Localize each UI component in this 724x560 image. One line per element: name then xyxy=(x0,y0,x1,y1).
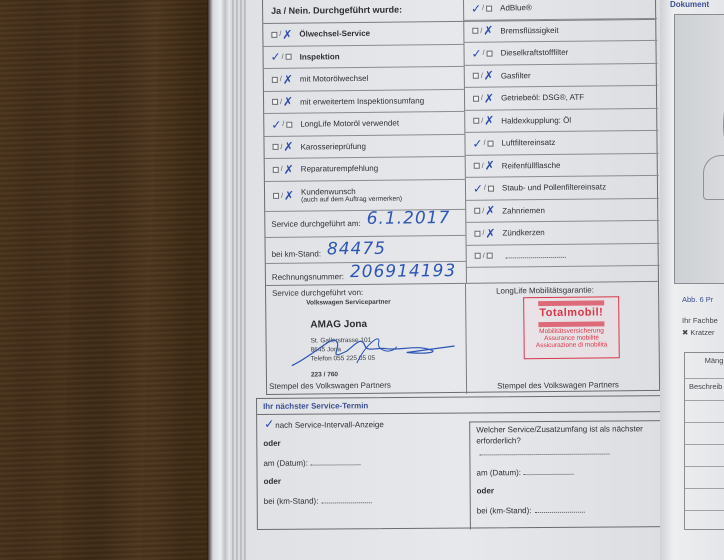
no-cross-mark-icon[interactable]: ✗ xyxy=(283,144,293,150)
ja-checkbox[interactable] xyxy=(273,167,279,173)
checklist-label: Ölwechsel-Service xyxy=(299,29,370,39)
yes-check-mark-icon[interactable]: ✓ xyxy=(471,5,481,11)
separator: / xyxy=(481,95,483,102)
yes-no-checkboxes[interactable]: ✓/ xyxy=(471,50,497,57)
nein-checkbox[interactable] xyxy=(488,185,494,191)
ja-checkbox[interactable] xyxy=(271,32,277,38)
facing-text-1: Ihr Fachbe xyxy=(682,316,718,325)
figure-frame xyxy=(674,14,724,284)
separator: / xyxy=(282,121,284,128)
service-record-form: Ja / Nein. Durchgeführt wurde: /✗Ölwechs… xyxy=(262,0,660,395)
no-cross-mark-icon[interactable]: ✗ xyxy=(283,99,293,105)
or-label: oder xyxy=(264,477,281,486)
separator: / xyxy=(484,185,486,192)
separator: / xyxy=(481,72,483,79)
separator: / xyxy=(480,27,482,34)
checklist-label: Zahnriemen xyxy=(502,206,545,215)
yes-check-mark-icon[interactable]: ✓ xyxy=(472,50,482,56)
yes-no-checkboxes[interactable]: /✗ xyxy=(271,166,297,173)
checklist-item: /✗Haldexkupplung: Öl xyxy=(465,108,658,133)
checklist-item: /✗Bremsflüssigkeit xyxy=(464,18,657,43)
yes-no-checkboxes[interactable]: /✗ xyxy=(470,27,496,34)
checklist-label xyxy=(503,251,566,261)
stamp-bar xyxy=(538,321,604,327)
checklist-item: ✓/Dieselkraftstofffilter xyxy=(464,41,657,66)
checklist-label: Karosserieprüfung xyxy=(300,142,365,152)
no-cross-mark-icon[interactable]: ✗ xyxy=(484,118,494,124)
mobility-guarantee-label: LongLife Mobilitätsgarantie: xyxy=(496,286,594,296)
figure-caption: Abb. 6 Pr xyxy=(682,295,713,304)
dealer-stamp-footer: Stempel des Volkswagen Partners xyxy=(269,381,391,391)
dotted-line xyxy=(311,459,361,465)
checklist-item: ✓/AdBlue® xyxy=(464,0,657,20)
ja-checkbox[interactable] xyxy=(473,118,479,124)
ja-checkbox[interactable] xyxy=(273,193,279,199)
separator: / xyxy=(482,230,484,237)
partner-line: Volkswagen Servicepartner xyxy=(306,299,390,307)
right-km-field: bei (km-Stand): xyxy=(477,506,585,516)
yes-check-mark-icon[interactable]: ✓ xyxy=(271,54,281,60)
invoice-label: Rechnungsnummer: xyxy=(272,272,344,282)
interval-option: ✓nach Service-Intervall-Anzeige xyxy=(263,420,384,430)
checklist-item: /✗Reparaturempfehlung xyxy=(265,157,465,182)
checklist-item: /✗Reifenfüllflasche xyxy=(466,153,659,178)
no-cross-mark-icon[interactable]: ✗ xyxy=(484,73,494,79)
yes-check-mark-icon[interactable]: ✓ xyxy=(473,185,483,191)
next-service-question: Welcher Service/Zusatzumfang ist als näc… xyxy=(476,423,656,446)
service-fields: Service durchgeführt am: 6.1.2017 bei km… xyxy=(265,202,466,285)
no-cross-mark-icon[interactable]: ✗ xyxy=(484,95,494,101)
yes-no-checkboxes[interactable]: /✗ xyxy=(270,98,296,105)
yes-no-checkboxes[interactable]: /✗ xyxy=(471,72,497,79)
separator: / xyxy=(482,5,484,12)
checklist-item: ✓/Luftfiltereinsatz xyxy=(465,131,658,156)
checklist-item: /✗mit erweitertem Inspektionsumfang xyxy=(264,89,464,114)
checklist-item: /✗Zahnriemen xyxy=(466,198,659,223)
wooden-table xyxy=(0,0,220,560)
table-row xyxy=(685,467,724,489)
checklist-label: AdBlue® xyxy=(500,3,532,12)
separator: / xyxy=(481,117,483,124)
yes-check-mark-icon[interactable]: ✓ xyxy=(271,122,281,128)
nein-checkbox[interactable] xyxy=(487,253,493,259)
facing-page: Dokument Abb. 6 Pr Ihr Fachbe ✖ Kratzer … xyxy=(660,0,724,560)
yes-check-mark-icon[interactable]: ✓ xyxy=(472,140,482,146)
yes-no-checkboxes[interactable]: ✓/ xyxy=(471,140,497,147)
table-row xyxy=(685,401,724,423)
yes-no-checkboxes[interactable]: /✗ xyxy=(471,117,497,124)
no-cross-mark-icon[interactable]: ✗ xyxy=(283,76,293,82)
form-header-text: Ja / Nein. Durchgeführt wurde: xyxy=(271,5,402,16)
checklist-label: Kundenwunsch(auch auf dem Auftrag vermer… xyxy=(301,187,402,204)
dotted-line xyxy=(534,507,584,513)
or-label: oder xyxy=(263,439,280,448)
next-service-left: ✓nach Service-Intervall-Anzeige oder am … xyxy=(257,414,470,531)
ja-checkbox[interactable] xyxy=(272,99,278,105)
table-column: Beschreib xyxy=(685,379,724,401)
km-value: 84475 xyxy=(327,241,386,259)
checklist-label: Reifenfüllflasche xyxy=(502,161,561,171)
nein-checkbox[interactable] xyxy=(286,121,292,127)
checklist-item: /✗Gasfilter xyxy=(465,63,658,88)
yes-no-checkboxes[interactable]: /✗ xyxy=(472,162,498,169)
service-date-row: Service durchgeführt am: 6.1.2017 xyxy=(265,202,465,238)
table-row xyxy=(685,489,724,511)
ja-checkbox[interactable] xyxy=(473,95,479,101)
totalmobil-stamp: Totalmobil! Mobilitätsversicherung Assur… xyxy=(523,296,620,359)
next-km-field: bei (km-Stand): xyxy=(264,496,372,506)
checklist-label: mit erweitertem Inspektionsumfang xyxy=(300,96,424,106)
checklist-item: ✓/Staub- und Pollenfiltereinsatz xyxy=(466,176,659,201)
checklist-label: mit Motorölwechsel xyxy=(300,74,369,84)
right-checklist: ✓/AdBlue®/✗Bremsflüssigkeit✓/Dieselkraft… xyxy=(463,0,660,283)
checklist-label: Gasfilter xyxy=(501,71,531,80)
ja-checkbox[interactable] xyxy=(475,253,481,259)
separator: / xyxy=(484,140,486,147)
checklist-label: Inspektion xyxy=(300,52,340,61)
table-header: Mäng xyxy=(685,353,724,379)
signature-icon xyxy=(286,332,456,368)
facing-text-2: ✖ Kratzer xyxy=(682,328,715,337)
nein-checkbox[interactable] xyxy=(286,54,292,60)
ja-checkbox[interactable] xyxy=(472,28,478,34)
dotted-line xyxy=(524,469,574,475)
checklist-label: Zündkerzen xyxy=(502,228,544,237)
right-date-field: am (Datum): xyxy=(476,468,574,478)
checklist-label: Getriebeöl: DSG®, ATF xyxy=(501,93,584,103)
checklist-label: Bremsflüssigkeit xyxy=(500,26,558,36)
nein-checkbox[interactable] xyxy=(486,5,492,11)
stamp-section: Service durchgeführt von: Volkswagen Ser… xyxy=(266,281,659,395)
separator: / xyxy=(483,252,485,259)
checklist-item: /✗Getriebeöl: DSG®, ATF xyxy=(465,86,658,111)
invoice-value: 206914193 xyxy=(350,263,457,281)
separator: / xyxy=(281,144,283,151)
ja-checkbox[interactable] xyxy=(474,208,480,214)
separator: / xyxy=(280,76,282,83)
yes-no-checkboxes[interactable]: /✗ xyxy=(271,192,297,199)
km-row: bei km-Stand: 84475 xyxy=(265,236,465,264)
checklist-item: /✗Zündkerzen xyxy=(466,221,659,246)
next-service-header: Ihr nächster Service-Termin xyxy=(257,396,661,415)
mobility-stamp-footer: Stempel des Volkswagen Partners xyxy=(497,380,619,390)
separator: / xyxy=(281,192,283,199)
checklist-item: /✗Ölwechsel-Service xyxy=(263,22,463,47)
km-label: bei km-Stand: xyxy=(272,249,321,259)
no-cross-mark-icon[interactable]: ✗ xyxy=(485,230,495,236)
yes-no-checkboxes[interactable]: ✓/ xyxy=(472,185,498,192)
separator: / xyxy=(281,166,283,173)
checklist-label: Haldexkupplung: Öl xyxy=(501,116,571,126)
nein-checkbox[interactable] xyxy=(487,50,493,56)
mobility-stamp-box: LongLife Mobilitätsgarantie: Totalmobil!… xyxy=(466,282,661,394)
yes-no-checkboxes[interactable]: /✗ xyxy=(472,207,498,214)
no-cross-mark-icon[interactable]: ✗ xyxy=(483,28,493,34)
nein-checkbox[interactable] xyxy=(487,140,493,146)
yes-no-checkboxes[interactable]: /✗ xyxy=(271,143,297,150)
question-line xyxy=(476,448,609,458)
or-label: oder xyxy=(477,486,494,495)
dealer-name: AMAG Jona xyxy=(310,319,367,331)
no-cross-mark-icon[interactable]: ✗ xyxy=(282,31,292,37)
dotted-line xyxy=(321,497,371,503)
invoice-row: Rechnungsnummer: 206914193 xyxy=(266,262,466,285)
dotted-line xyxy=(506,252,566,259)
performed-by-label: Service durchgeführt von: xyxy=(272,288,363,298)
separator: / xyxy=(280,99,282,106)
dealer-code: 223 / 760 xyxy=(311,371,338,378)
stamp-bar xyxy=(538,300,604,306)
separator: / xyxy=(282,54,284,61)
table-row xyxy=(685,445,724,467)
yes-no-checkboxes[interactable]: / xyxy=(473,252,499,259)
stamp-line-it: Assicurazione di mobilità xyxy=(525,341,619,349)
defects-table: Mäng Beschreib xyxy=(684,352,724,530)
ja-checkbox[interactable] xyxy=(473,73,479,79)
yes-no-checkboxes[interactable]: /✗ xyxy=(471,95,497,102)
next-service-box: Ihr nächster Service-Termin ✓nach Servic… xyxy=(256,395,663,530)
separator: / xyxy=(482,207,484,214)
ja-checkbox[interactable] xyxy=(272,77,278,83)
left-checklist: /✗Ölwechsel-Service✓/Inspektion/✗mit Mot… xyxy=(263,22,465,212)
yes-no-checkboxes[interactable]: ✓/ xyxy=(270,53,296,60)
separator: / xyxy=(482,162,484,169)
facing-page-header: Dokument xyxy=(670,0,709,9)
ja-checkbox[interactable] xyxy=(273,144,279,150)
checklist-label: Dieselkraftstofffilter xyxy=(501,48,569,58)
yes-no-checkboxes[interactable]: ✓/ xyxy=(270,121,296,128)
checklist-label: LongLife Motoröl verwendet xyxy=(300,119,399,129)
service-date-value: 6.1.2017 xyxy=(367,210,451,228)
dotted-line xyxy=(479,449,609,456)
checklist-item: / xyxy=(467,243,660,268)
next-date-field: am (Datum): xyxy=(263,458,361,468)
checklist-label: Reparaturempfehlung xyxy=(301,164,378,174)
dealer-stamp-box: Service durchgeführt von: Volkswagen Ser… xyxy=(266,284,467,396)
no-cross-mark-icon[interactable]: ✗ xyxy=(284,166,294,172)
checklist-item: ✓/Inspektion xyxy=(263,44,463,69)
yes-no-checkboxes[interactable]: ✓/ xyxy=(470,5,496,12)
next-service-right: Welcher Service/Zusatzumfang ist als näc… xyxy=(469,420,664,529)
table-row xyxy=(685,423,724,445)
checklist-label: Luftfiltereinsatz xyxy=(501,138,555,148)
no-cross-mark-icon[interactable]: ✗ xyxy=(284,193,294,199)
no-cross-mark-icon[interactable]: ✗ xyxy=(485,163,495,169)
yes-no-checkboxes[interactable]: /✗ xyxy=(270,76,296,83)
ja-checkbox[interactable] xyxy=(474,230,480,236)
no-cross-mark-icon[interactable]: ✗ xyxy=(485,208,495,214)
service-date-label: Service durchgeführt am: xyxy=(271,219,360,229)
check-mark-icon: ✓ xyxy=(264,421,274,427)
yes-no-checkboxes[interactable]: /✗ xyxy=(472,230,498,237)
ja-checkbox[interactable] xyxy=(474,163,480,169)
stamp-brand: Totalmobil! xyxy=(524,306,618,319)
separator: / xyxy=(483,50,485,57)
yes-no-checkboxes[interactable]: /✗ xyxy=(269,31,295,38)
checklist-item: ✓/LongLife Motoröl verwendet xyxy=(264,112,464,137)
separator: / xyxy=(279,31,281,38)
checklist-label: Staub- und Pollenfiltereinsatz xyxy=(502,183,606,193)
car-outline-icon xyxy=(703,155,724,200)
checklist-item: /✗Karosserieprüfung xyxy=(264,134,464,159)
checklist-item: /✗mit Motorölwechsel xyxy=(264,67,464,92)
